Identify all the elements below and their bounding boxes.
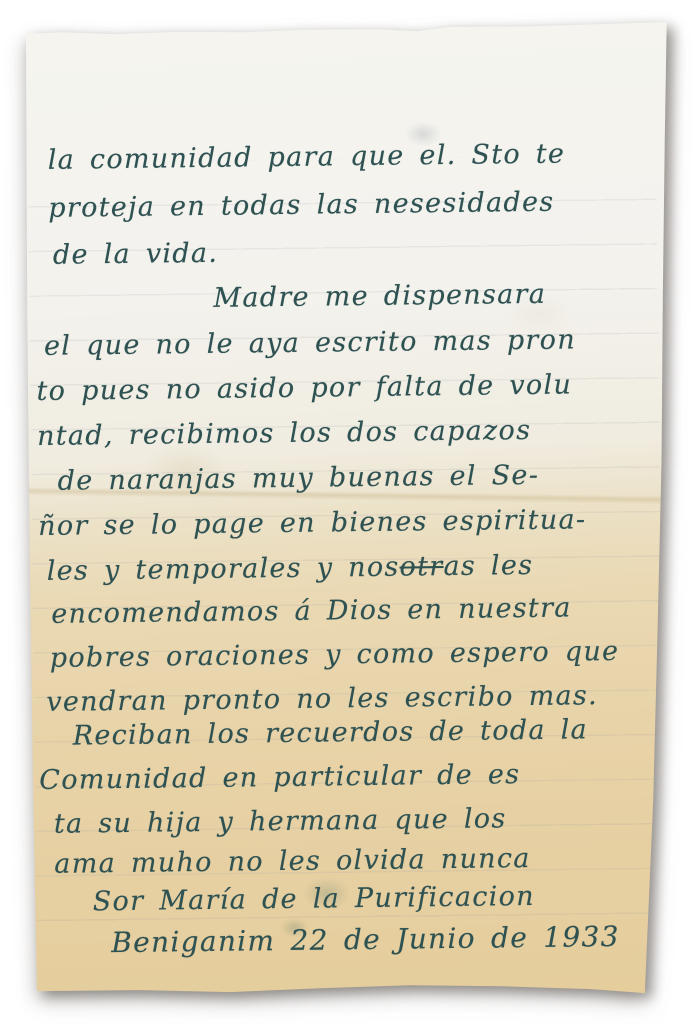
letter-line-16: ta su hija y hermana que los (54, 803, 507, 840)
letter-line-18: Sor María de la Purificacion (93, 881, 535, 917)
letter-line-4: Madre me dispensara (213, 279, 546, 314)
letter-body: la comunidad para que el. Sto teproteja … (18, 17, 662, 25)
letter-line-10: les y temporales y nosotras les (47, 550, 534, 587)
letter-paper-shadow: la comunidad para que el. Sto teproteja … (24, 22, 668, 996)
letter-line-15: Comunidad en particular de es (39, 759, 520, 796)
letter-line-5: el que no le aya escrito mas pron (44, 324, 576, 361)
letter-paper: la comunidad para que el. Sto teproteja … (24, 22, 668, 996)
letter-line-19: Beniganim 22 de Junio de 1933 (111, 920, 620, 959)
letter-photo: la comunidad para que el. Sto teproteja … (0, 0, 695, 1024)
letter-line-11: encomendamos á Dios en nuestra (51, 592, 572, 629)
letter-line-14: Reciban los recuerdos de toda la (73, 714, 589, 751)
letter-line-3: de la vida. (53, 238, 219, 271)
letter-line-7: ntad, recibimos los dos capazos (37, 415, 532, 452)
letter-line-8: de naranjas muy buenas el Se- (57, 460, 539, 497)
letter-line-6: to pues no asido por falta de volu (36, 369, 572, 407)
letter-line-17: ama muho no les olvida nunca (54, 843, 531, 880)
letter-line-1: la comunidad para que el. Sto te (48, 139, 566, 176)
letter-line-2: proteja en todas las nesesidades (48, 187, 555, 224)
letter-content: la comunidad para que el. Sto teproteja … (18, 17, 674, 999)
